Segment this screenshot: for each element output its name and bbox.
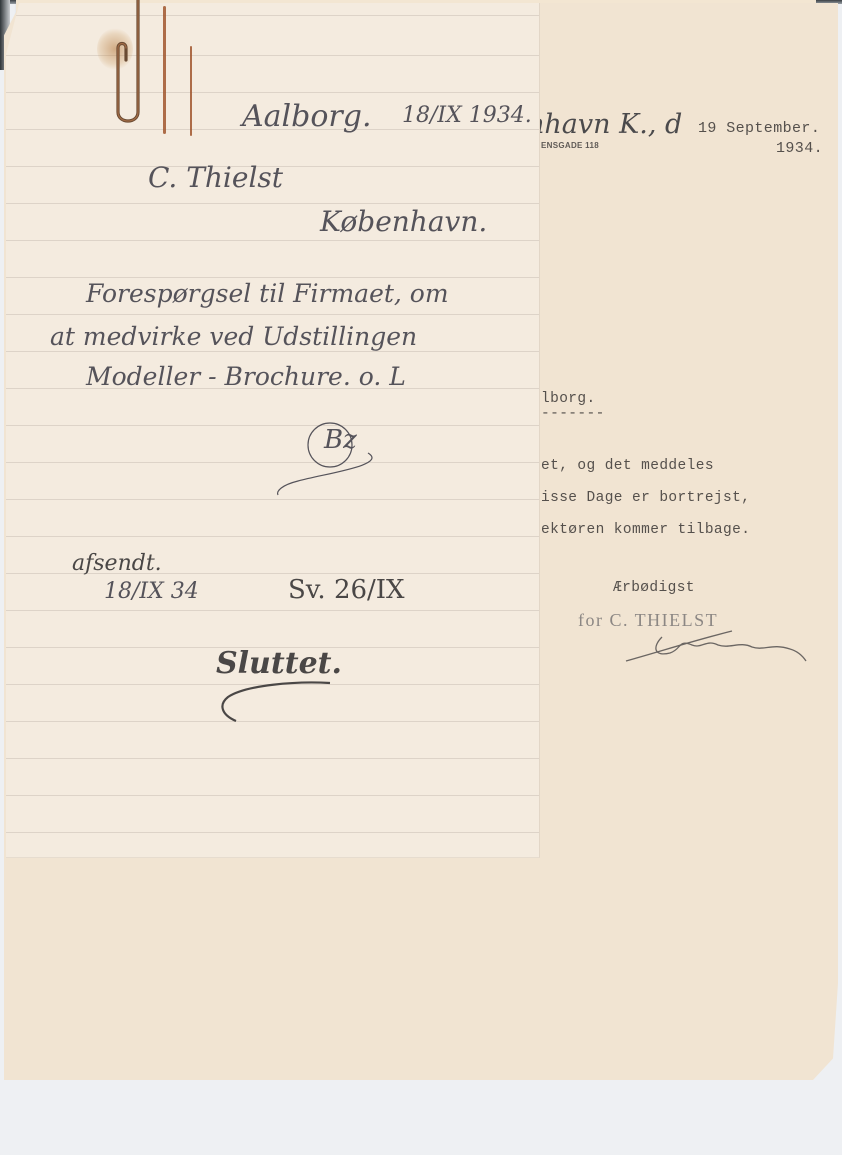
note-date: 18/IX 1934.: [402, 103, 532, 128]
note-place: Aalborg.: [242, 99, 372, 134]
status-label: afsendt.: [72, 551, 162, 576]
closing: Ærbødigst: [613, 580, 695, 596]
closed-underline-icon: [206, 679, 346, 729]
status-date: 18/IX 34: [104, 579, 199, 604]
signature-icon: [622, 627, 812, 667]
note-message-line-2: at medvirke ved Udstillingen: [50, 322, 417, 351]
letter-date: 19 September.: [698, 120, 820, 137]
letter-year: 1934.: [776, 140, 823, 157]
note-addressee-name: C. Thielst: [148, 161, 283, 194]
recipient-underline: -------: [541, 406, 605, 422]
paperclip-icon: [110, 0, 144, 130]
note-message-line-3: Modeller - Brochure. o. L: [86, 362, 406, 391]
note-addressee-city: København.: [320, 205, 487, 238]
body-line-3: ektøren kommer tilbage.: [541, 522, 750, 538]
reply-mark: Sv. 26/IX: [288, 575, 405, 605]
handwritten-note: Aalborg. 18/IX 1934. C. Thielst Københav…: [6, 3, 540, 858]
letterhead-address: ENSGADE 118: [541, 141, 599, 150]
rust-streak: [163, 6, 166, 134]
note-message-line-1: Forespørgsel til Firmaet, om: [86, 279, 449, 308]
rust-streak: [190, 46, 192, 136]
closed-mark: Sluttet.: [216, 646, 342, 681]
body-line-1: et, og det meddeles: [541, 458, 714, 474]
recipient-city: lborg.: [541, 391, 596, 407]
body-line-2: isse Dage er bortrejst,: [541, 490, 750, 506]
letterhead-city: nhavn K., d: [527, 109, 682, 140]
initials-flourish-icon: [268, 415, 408, 505]
